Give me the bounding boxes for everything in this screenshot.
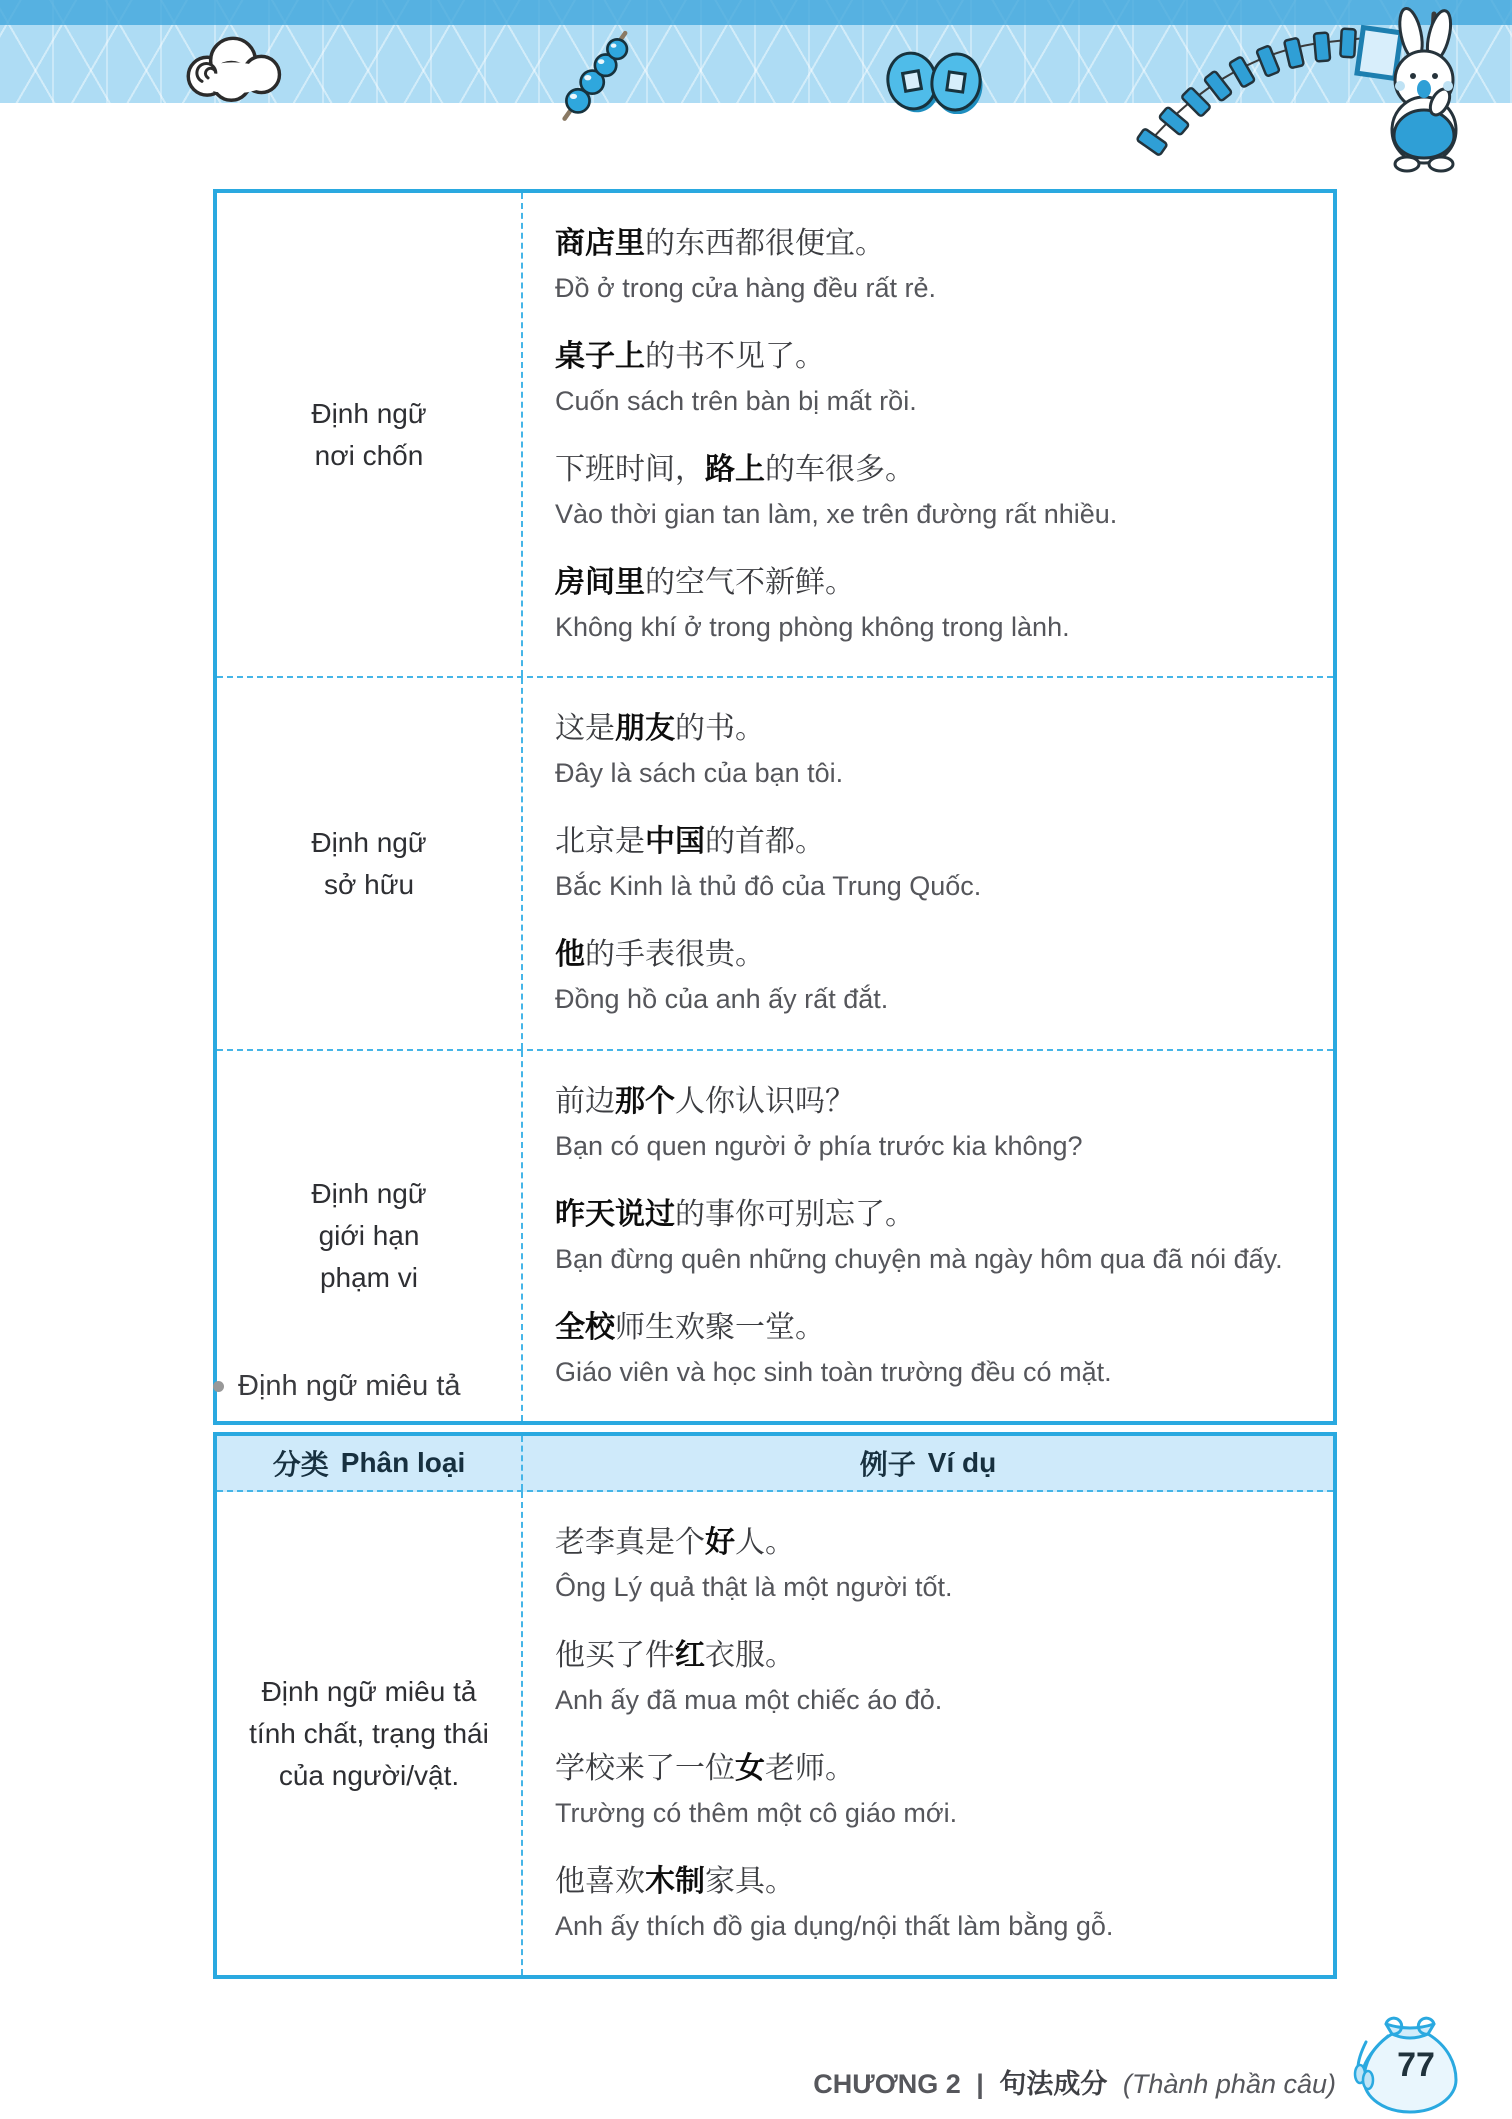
chinese-coins-icon	[880, 48, 992, 114]
example-vietnamese: Vào thời gian tan làm, xe trên đường rất…	[555, 494, 1309, 536]
row-category-label: Định ngữsở hữu	[217, 678, 523, 1049]
bullet-heading: Định ngữ miêu tả	[213, 1370, 461, 1403]
label-line: phạm vi	[320, 1257, 418, 1299]
bullet-dot	[213, 1381, 224, 1392]
label-line: nơi chốn	[315, 435, 424, 477]
label-line: giới hạn	[319, 1215, 420, 1257]
example-chinese: 下班时间，路上的车很多。	[555, 447, 1309, 492]
example-pair: 他的手表很贵。Đồng hồ của anh ấy rất đắt.	[555, 932, 1309, 1021]
footer-text: CHƯƠNG 2 | 句法成分 (Thành phần câu)	[813, 2028, 1336, 2101]
chapter-title-zh: 句法成分	[999, 2069, 1107, 2099]
example-pair: 北京是中国的首都。Bắc Kinh là thủ đô của Trung Qu…	[555, 819, 1309, 908]
example-vietnamese: Cuốn sách trên bàn bị mất rồi.	[555, 381, 1309, 423]
money-bag-icon: 77	[1352, 2012, 1468, 2116]
example-vietnamese: Anh ấy thích đồ gia dụng/nội thất làm bằ…	[555, 1906, 1309, 1948]
example-chinese: 昨天说过的事你可别忘了。	[555, 1192, 1309, 1237]
example-chinese: 这是朋友的书。	[555, 706, 1309, 751]
example-vietnamese: Giáo viên và học sinh toàn trường đều có…	[555, 1352, 1309, 1394]
page-footer: CHƯƠNG 2 | 句法成分 (Thành phần câu) 77	[813, 2012, 1468, 2116]
example-vietnamese: Bạn đừng quên những chuyện mà ngày hôm q…	[555, 1239, 1309, 1281]
header-zh-phanloai: 分类	[273, 1443, 329, 1483]
page-number: 77	[1386, 2046, 1446, 2085]
label-line: tính chất, trạng thái	[249, 1713, 489, 1755]
example-vietnamese: Bạn có quen người ở phía trước kia không…	[555, 1126, 1309, 1168]
textbook-page: Định ngữnơi chốn商店里的东西都很便宜。Đồ ở trong cử…	[0, 0, 1512, 2119]
table-row: Định ngữgiới hạnphạm vi前边那个人你认识吗？Bạn có …	[217, 1049, 1333, 1422]
example-vietnamese: Anh ấy đã mua một chiếc áo đỏ.	[555, 1680, 1309, 1722]
example-chinese: 桌子上的书不见了。	[555, 334, 1309, 379]
example-chinese: 学校来了一位女老师。	[555, 1746, 1309, 1791]
example-pair: 房间里的空气不新鲜。Không khí ở trong phòng không …	[555, 560, 1309, 649]
example-chinese: 他的手表很贵。	[555, 932, 1309, 977]
example-vietnamese: Đồ ở trong cửa hàng đều rất rẻ.	[555, 268, 1309, 310]
example-chinese: 房间里的空气不新鲜。	[555, 560, 1309, 605]
example-chinese: 全校师生欢聚一堂。	[555, 1305, 1309, 1350]
label-line: của người/vật.	[279, 1755, 459, 1797]
table2-header-vi-du: 例子 Ví dụ	[523, 1436, 1333, 1490]
example-vietnamese: Không khí ở trong phòng không trong lành…	[555, 607, 1309, 649]
example-pair: 全校师生欢聚一堂。Giáo viên và học sinh toàn trườ…	[555, 1305, 1309, 1394]
label-line: Định ngữ miêu tả	[262, 1671, 477, 1713]
table2-header: 分类 Phân loại 例子 Ví dụ	[217, 1436, 1333, 1492]
table1-body: Định ngữnơi chốn商店里的东西都很便宜。Đồ ở trong cử…	[217, 193, 1333, 1421]
example-chinese: 他买了件红衣服。	[555, 1633, 1309, 1678]
row-category-label: Định ngữnơi chốn	[217, 193, 523, 676]
cloud-icon	[172, 28, 294, 102]
label-line: Định ngữ	[311, 822, 426, 864]
example-pair: 昨天说过的事你可别忘了。Bạn đừng quên những chuyện m…	[555, 1192, 1309, 1281]
example-pair: 老李真是个好人。Ông Lý quả thật là một người tốt…	[555, 1520, 1309, 1609]
table2-body: Định ngữ miêu tảtính chất, trạng tháicủa…	[217, 1492, 1333, 1975]
example-vietnamese: Trường có thêm một cô giáo mới.	[555, 1793, 1309, 1835]
bullet-text: Định ngữ miêu tả	[238, 1370, 461, 1403]
example-pair: 桌子上的书不见了。Cuốn sách trên bàn bị mất rồi.	[555, 334, 1309, 423]
header-vi-phanloai: Phân loại	[341, 1447, 465, 1479]
table-row: Định ngữsở hữu这是朋友的书。Đây là sách của bạn…	[217, 676, 1333, 1049]
example-vietnamese: Đồng hồ của anh ấy rất đắt.	[555, 979, 1309, 1021]
table-dinh-ngu-types: Định ngữnơi chốn商店里的东西都很便宜。Đồ ở trong cử…	[213, 189, 1337, 1425]
table-dinh-ngu-mieu-ta: 分类 Phân loại 例子 Ví dụ Định ngữ miêu tảtí…	[213, 1432, 1337, 1979]
row-examples: 这是朋友的书。Đây là sách của bạn tôi.北京是中国的首都。…	[523, 678, 1333, 1049]
rabbit-firecrackers-icon	[1128, 4, 1478, 176]
header-zh-vidu: 例子	[860, 1443, 916, 1483]
chapter-label: CHƯƠNG 2	[813, 2069, 960, 2099]
label-line: sở hữu	[324, 864, 414, 906]
example-chinese: 他喜欢木制家具。	[555, 1859, 1309, 1904]
example-chinese: 前边那个人你认识吗？	[555, 1079, 1309, 1124]
example-pair: 这是朋友的书。Đây là sách của bạn tôi.	[555, 706, 1309, 795]
example-pair: 他买了件红衣服。Anh ấy đã mua một chiếc áo đỏ.	[555, 1633, 1309, 1722]
example-chinese: 商店里的东西都很便宜。	[555, 221, 1309, 266]
example-pair: 学校来了一位女老师。Trường có thêm một cô giáo mới…	[555, 1746, 1309, 1835]
example-chinese: 老李真是个好人。	[555, 1520, 1309, 1565]
row-examples: 商店里的东西都很便宜。Đồ ở trong cửa hàng đều rất r…	[523, 193, 1333, 676]
example-vietnamese: Bắc Kinh là thủ đô của Trung Quốc.	[555, 866, 1309, 908]
table-row: Định ngữ miêu tảtính chất, trạng tháicủa…	[217, 1492, 1333, 1975]
tanghulu-skewer-icon	[552, 26, 636, 124]
table-row: Định ngữnơi chốn商店里的东西都很便宜。Đồ ở trong cử…	[217, 193, 1333, 676]
example-pair: 前边那个人你认识吗？Bạn có quen người ở phía trước…	[555, 1079, 1309, 1168]
example-vietnamese: Ông Lý quả thật là một người tốt.	[555, 1567, 1309, 1609]
row-examples: 老李真是个好人。Ông Lý quả thật là một người tốt…	[523, 1492, 1333, 1975]
table2-header-phan-loai: 分类 Phân loại	[217, 1436, 523, 1490]
footer-separator: |	[976, 2069, 984, 2099]
row-examples: 前边那个人你认识吗？Bạn có quen người ở phía trước…	[523, 1051, 1333, 1422]
example-pair: 他喜欢木制家具。Anh ấy thích đồ gia dụng/nội thấ…	[555, 1859, 1309, 1948]
label-line: Định ngữ	[311, 393, 426, 435]
label-line: Định ngữ	[311, 1173, 426, 1215]
header-vi-vidu: Ví dụ	[928, 1447, 996, 1479]
chapter-title-vi: (Thành phần câu)	[1123, 2069, 1336, 2099]
row-category-label: Định ngữ miêu tảtính chất, trạng tháicủa…	[217, 1492, 523, 1975]
example-pair: 商店里的东西都很便宜。Đồ ở trong cửa hàng đều rất r…	[555, 221, 1309, 310]
example-chinese: 北京是中国的首都。	[555, 819, 1309, 864]
example-pair: 下班时间，路上的车很多。Vào thời gian tan làm, xe tr…	[555, 447, 1309, 536]
example-vietnamese: Đây là sách của bạn tôi.	[555, 753, 1309, 795]
row-category-label: Định ngữgiới hạnphạm vi	[217, 1051, 523, 1422]
